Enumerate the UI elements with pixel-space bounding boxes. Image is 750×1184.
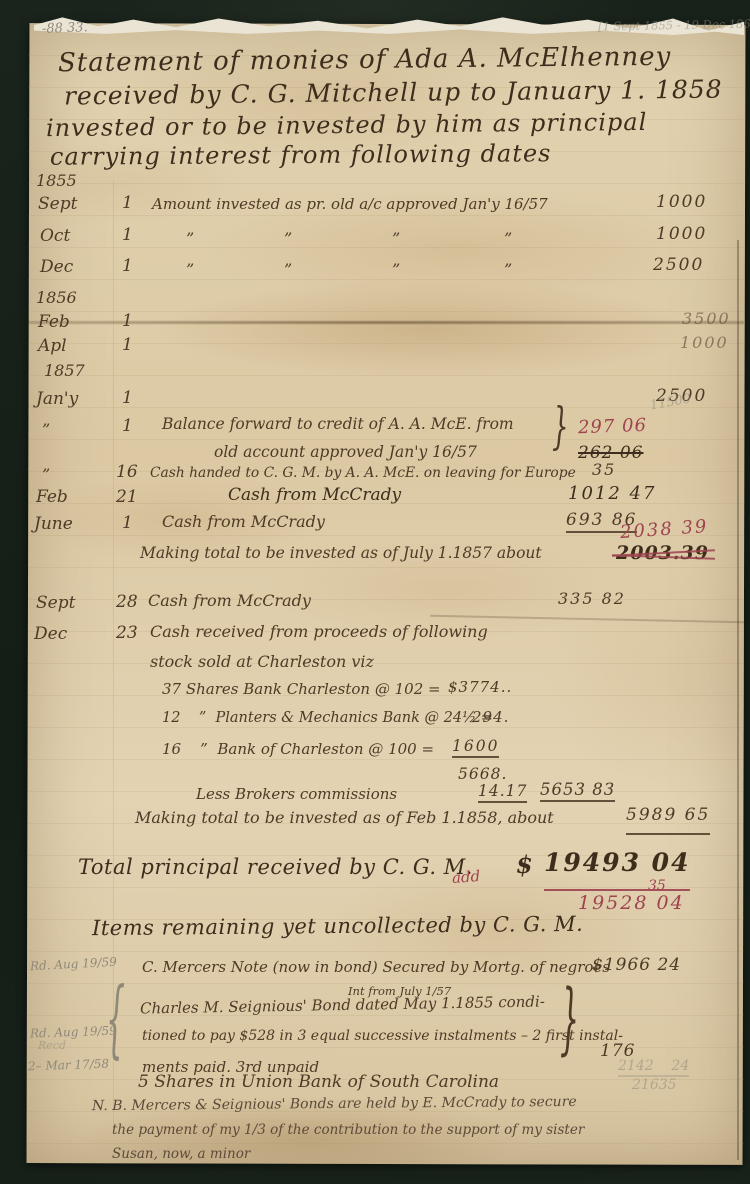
row-feb56-amount: 3500: [682, 310, 731, 328]
commissions-total: 5653 83: [540, 781, 615, 802]
row-oct-day: 1: [122, 226, 133, 245]
row-cash-handed-day: 16: [116, 463, 138, 482]
stock-line-2-amount: 294.: [472, 709, 509, 726]
row-oct-ditto-4: ”: [504, 230, 512, 248]
row-feb21-desc: Cash from McCrady: [228, 486, 401, 505]
commissions-amount: 14.17: [478, 783, 527, 803]
margin-note-3b: 2– Mar 17/58: [28, 1058, 109, 1074]
row-dec23-desc-1: Cash received from proceeds of following: [150, 623, 488, 641]
stock-line-2: 12 ” Planters & Mechanics Bank @ 24½ =: [162, 711, 493, 727]
row-oct-ditto-1: ”: [186, 230, 194, 248]
row-sept28-desc: Cash from McCrady: [148, 592, 311, 610]
row-feb21-month: Feb: [36, 488, 68, 507]
union-bank-item: 5 Shares in Union Bank of South Carolina: [138, 1073, 499, 1092]
row-oct-amount: 1000: [656, 225, 707, 244]
stock-line-1-amount: $3774..: [448, 679, 512, 696]
ledger-photograph: -88 33. [1 Sept 1855 - 19 Dec 1864] Stat…: [0, 0, 750, 1184]
mercer-note-amount: $1966 24: [592, 956, 681, 975]
row-sept-month: Sept: [38, 195, 77, 214]
row-june1-day: 1: [122, 514, 133, 533]
row-apl56-month: Apl: [38, 337, 67, 356]
row-apl56-amount: 1000: [680, 334, 729, 352]
row-sept-desc: Amount invested as pr. old a/c approved …: [152, 196, 548, 213]
row-oct-ditto-3: ”: [392, 230, 400, 248]
row-dec-amount: 2500: [653, 256, 704, 275]
title-line-1: Statement of monies of Ada A. McElhenney: [58, 43, 671, 78]
july-total-desc: Making total to be invested as of July 1…: [140, 545, 542, 562]
footnote-line-2: the payment of my 1/3 of the contributio…: [112, 1123, 584, 1138]
pencil-sum-line-2: 21635: [632, 1078, 677, 1093]
row-dec-day: 1: [122, 257, 133, 276]
principal-amount: 19493 04: [544, 849, 690, 891]
margin-note-3a: Recd: [38, 1040, 66, 1052]
feb-total-desc: Making total to be invested as of Feb 1.…: [135, 809, 554, 827]
row-june1-desc: Cash from McCrady: [162, 513, 325, 531]
row-feb21-day: 21: [116, 488, 138, 507]
row-jan57-day: 1: [122, 389, 133, 408]
stock-line-3: 16 ” Bank of Charleston @ 100 =: [162, 741, 434, 758]
date-range-annotation: [1 Sept 1855 - 19 Dec 1864]: [598, 18, 750, 34]
row-sept-amount: 1000: [656, 193, 707, 212]
row-dec23-desc-2: stock sold at Charleston viz: [150, 653, 374, 671]
row-dec23-month: Dec: [34, 625, 67, 644]
row-dec23-day: 23: [116, 624, 138, 643]
row-dec-ditto-2: ”: [284, 261, 292, 279]
stock-line-3-amount: 1600: [452, 738, 499, 758]
row-balance-day: 1: [122, 417, 133, 436]
total-principal-label: Total principal received by C. G. M.: [78, 856, 473, 879]
feb-total-amount: 5989 65: [626, 806, 710, 835]
row-sept-day: 1: [122, 194, 133, 213]
archive-number: -88 33.: [42, 21, 88, 37]
currency-sign: $: [516, 852, 533, 878]
row-oct-month: Oct: [40, 227, 70, 246]
add-note: add: [451, 868, 480, 886]
row-june1-month: June: [34, 515, 73, 534]
row-balance-desc-1: Balance forward to credit of A. A. McE. …: [162, 416, 514, 433]
row-oct-ditto-2: ”: [284, 230, 292, 248]
row-feb56-day: 1: [122, 312, 133, 331]
row-dec-ditto-3: ”: [392, 261, 400, 279]
title-line-3: invested or to be invested by him as pri…: [46, 109, 648, 142]
row-balance-desc-2: old account approved Jan'y 16/57: [214, 444, 477, 461]
row-dec-month: Dec: [40, 258, 73, 277]
row-balance-amount-revised: 297 06: [578, 416, 648, 438]
row-feb21-amount: 1012 47: [568, 484, 656, 504]
row-apl56-day: 1: [122, 336, 133, 355]
year-1857: 1857: [44, 362, 85, 380]
row-dec-ditto-4: ”: [504, 261, 512, 279]
row-dec-ditto-1: ”: [186, 261, 194, 279]
seignious-brace-close: }: [560, 978, 579, 1064]
row-jan57-month: Jan'y: [36, 390, 78, 409]
row-sept28-day: 28: [116, 593, 138, 612]
title-line-4: carrying interest from following dates: [50, 140, 552, 170]
pencil-sum-line-1: 2142 24: [618, 1059, 689, 1077]
row-feb56-month: Feb: [38, 313, 70, 332]
row-cash-handed-desc: Cash handed to C. G. M. by A. A. McE. on…: [150, 466, 576, 481]
row-cash-handed-month-ditto: ”: [42, 466, 50, 484]
mercer-note-desc: C. Mercers Note (now in bond) Secured by…: [142, 959, 610, 976]
row-cash-handed-amount: 35: [592, 461, 616, 479]
seignious-brace-open: {: [106, 974, 125, 1066]
row-sept28-month: Sept: [36, 594, 75, 613]
row-balance-month-ditto: ”: [42, 421, 50, 439]
balance-brace: }: [552, 401, 569, 455]
grand-total: 19528 04: [578, 893, 685, 914]
row-sept28-amount: 335 82: [558, 590, 626, 608]
year-1855: 1855: [36, 172, 77, 190]
uncollected-heading: Items remaining yet uncollected by C. G.…: [92, 913, 583, 940]
july-total-amount-struck: 2003.39: [616, 543, 709, 564]
year-1856: 1856: [36, 289, 77, 307]
stock-line-1: 37 Shares Bank Charleston @ 102 =: [162, 681, 441, 698]
stock-total: 5668.: [458, 766, 507, 783]
seignious-line-2: tioned to pay $528 in 3 equal successive…: [142, 1029, 623, 1044]
footnote-line-3: Susan, now, a minor: [112, 1147, 250, 1162]
commissions-label: Less Brokers commissions: [196, 786, 397, 803]
